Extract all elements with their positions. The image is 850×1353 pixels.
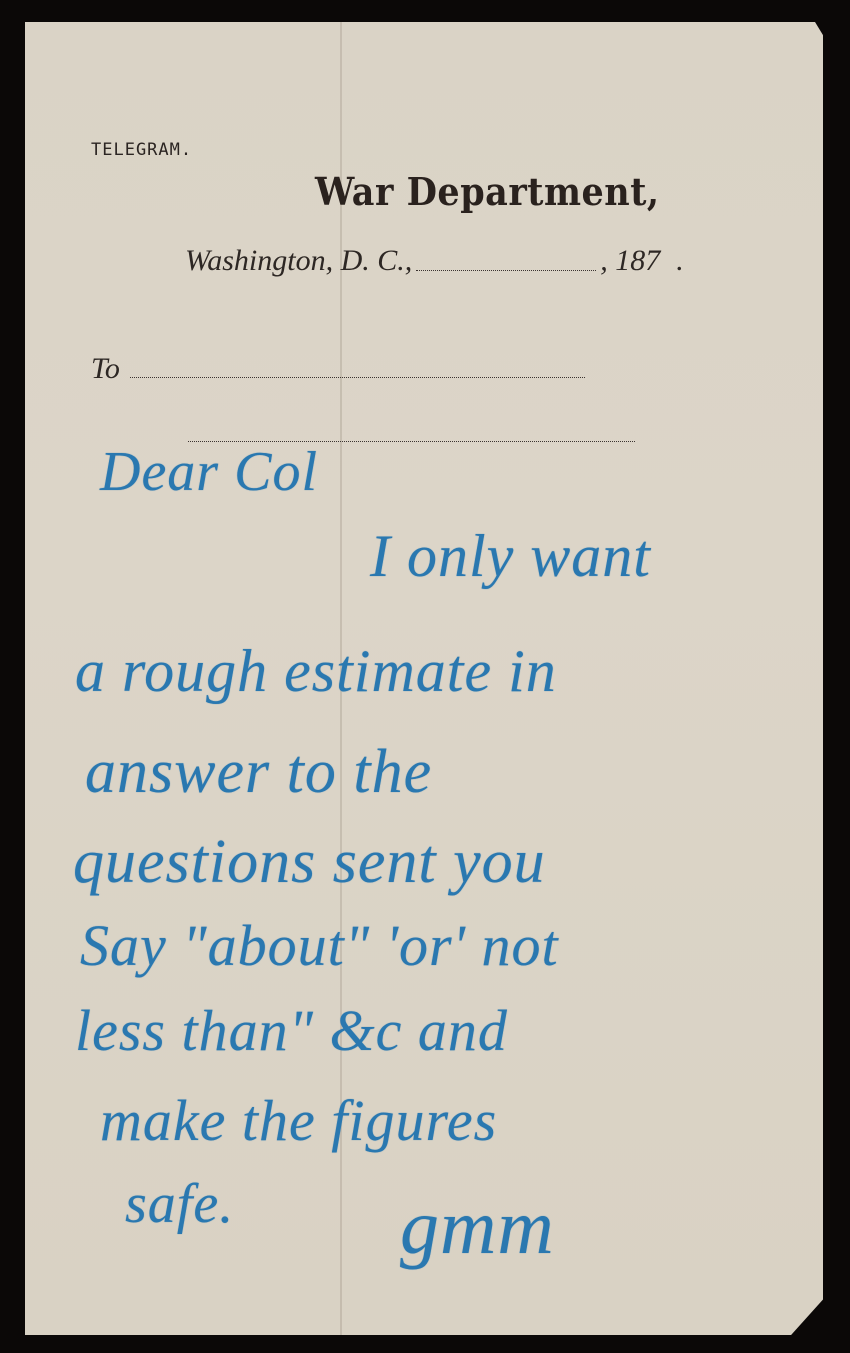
handwritten-line: Say "about" 'or' not <box>80 912 559 979</box>
to-label: To <box>91 352 120 386</box>
date-blank <box>416 270 596 271</box>
to-line: To <box>91 352 585 386</box>
handwritten-line: questions sent you <box>73 827 546 898</box>
handwritten-line: make the figures <box>100 1087 497 1154</box>
handwritten-line: a rough estimate in <box>75 637 557 706</box>
department-heading: War Department, <box>315 170 660 215</box>
handwritten-line: safe. <box>125 1172 234 1236</box>
handwritten-line: I only want <box>370 522 651 591</box>
to-blank <box>130 377 585 378</box>
handwritten-line: Dear Col <box>100 440 318 504</box>
telegram-paper: TELEGRAM. War Department, Washington, D.… <box>25 22 823 1335</box>
form-label: TELEGRAM. <box>91 140 192 160</box>
place-text: Washington, D. C., <box>185 244 412 278</box>
signature: gmm <box>400 1182 555 1272</box>
handwritten-line: answer to the <box>85 737 432 808</box>
year-prefix: , 187 <box>600 244 660 278</box>
handwritten-line: less than" &c and <box>75 997 508 1064</box>
place-date-line: Washington, D. C., , 187 . <box>185 244 684 278</box>
year-suffix: . <box>676 244 684 278</box>
